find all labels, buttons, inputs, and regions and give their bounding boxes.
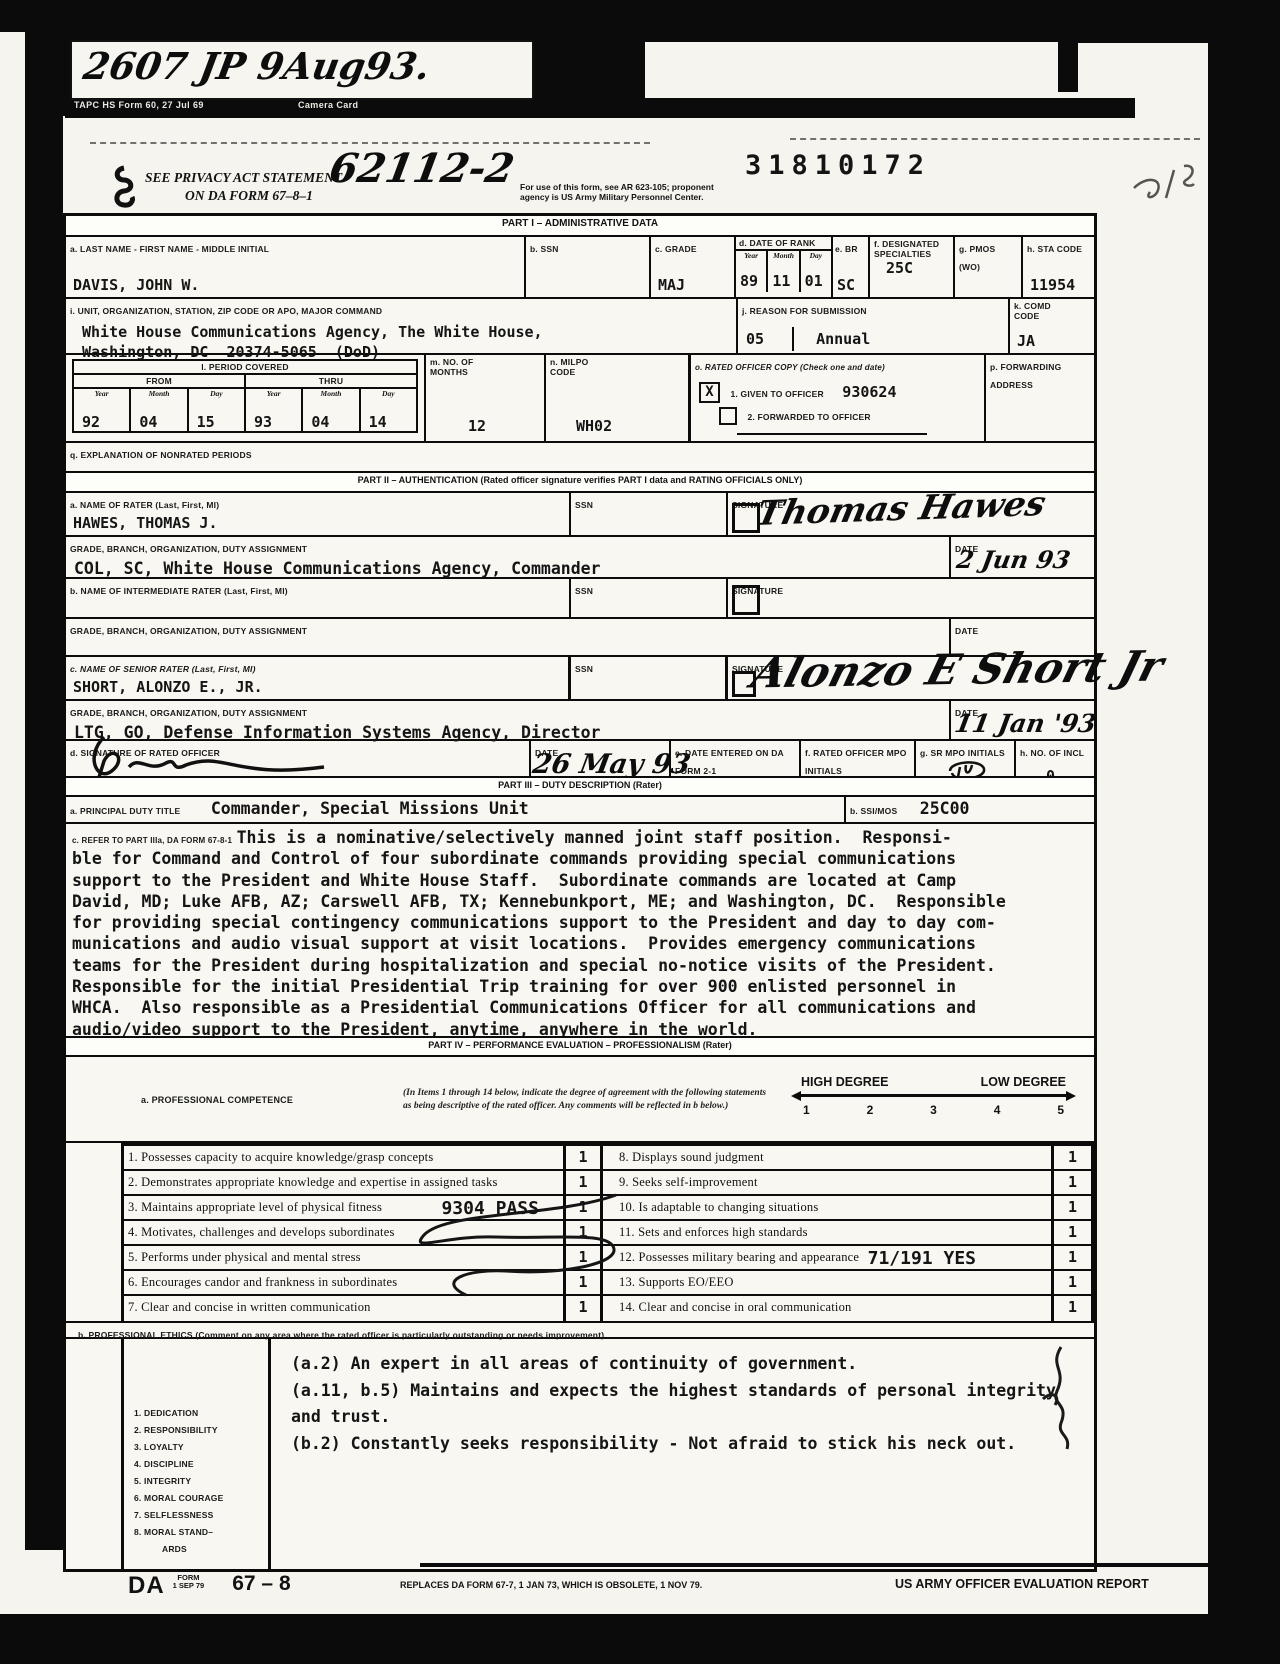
item-9-rating: 1 [1068, 1173, 1077, 1191]
senior-ssn-field: SSN [571, 657, 728, 699]
dor-year-value: 89 [740, 272, 758, 290]
rater-name-value: HAWES, THOMAS J. [73, 514, 218, 532]
last-name-label: a. LAST NAME - FIRST NAME - MIDDLE INITI… [70, 244, 269, 254]
part1-title: PART I – ADMINISTRATIVE DATA [66, 216, 1094, 237]
camera-card-footer-right: Camera Card [298, 100, 358, 110]
item-3-rating: 1 [578, 1198, 587, 1216]
item-row-12: 12. Possesses military bearing and appea… [603, 1246, 1091, 1271]
ssn-field: b. SSN [526, 237, 651, 297]
item-10-rating: 1 [1068, 1198, 1077, 1216]
intermediate-rater-row: b. NAME OF INTERMEDIATE RATER (Last, Fir… [66, 579, 1094, 619]
rater-name-field: a. NAME OF RATER (Last, First, MI) HAWES… [66, 493, 571, 535]
item-13-rating: 1 [1068, 1273, 1077, 1291]
ethics-list-item: 8. MORAL STAND– [134, 1524, 268, 1541]
senior-ssn-label: SSN [575, 664, 593, 674]
thru-year-label: Year [246, 389, 301, 398]
item-row-6: 6. Encourages candor and frankness in su… [124, 1271, 600, 1296]
item-13-label: 13. Supports EO/EEO [619, 1275, 734, 1289]
item-7-label: 7. Clear and concise in written communic… [128, 1300, 371, 1314]
rater-grade-label: GRADE, BRANCH, ORGANIZATION, DUTY ASSIGN… [70, 544, 307, 554]
form-id-block: DA FORM 1 SEP 79 67 – 8 [128, 1572, 291, 1600]
dor-day-value: 01 [805, 272, 823, 290]
items-1-7-table: 1. Possesses capacity to acquire knowled… [121, 1143, 603, 1323]
rater-grade-value: COL, SC, White House Communications Agen… [74, 559, 945, 578]
sta-code-field: h. STA CODE 11954 [1023, 237, 1094, 297]
competence-items-grid: 1. Possesses capacity to acquire knowled… [66, 1143, 1094, 1323]
period-covered-field: l. PERIOD COVERED FROM THRU Year 92 Mont… [66, 355, 426, 441]
items-left-margin [66, 1143, 121, 1323]
thru-day-label: Day [361, 389, 416, 398]
footer-rule [420, 1563, 1210, 1567]
thru-day-col: Day 14 [361, 389, 416, 433]
serial-stamp: 31810172 [745, 150, 931, 181]
ssi-mos-field: b. SSI/MOS 25C00 [846, 797, 1094, 822]
part1-row-unit: i. UNIT, ORGANIZATION, STATION, ZIP CODE… [66, 299, 1094, 355]
item-6-label: 6. Encourages candor and frankness in su… [128, 1275, 397, 1289]
proponent-line2: agency is US Army Military Personnel Cen… [520, 192, 740, 202]
degree-scale: HIGH DEGREE LOW DEGREE 1 2 3 4 5 [791, 1075, 1076, 1117]
thru-month-label: Month [303, 389, 358, 398]
camera-card-footer-left: TAPC HS Form 60, 27 Jul 69 [74, 100, 204, 110]
scan-edge-right [1208, 0, 1280, 1664]
ethics-header: b. PROFESSIONAL ETHICS (Comment on any a… [66, 1323, 1094, 1339]
rater-date-field: DATE 2 Jun 93 [951, 537, 1094, 577]
stamp-mark [110, 164, 140, 210]
item-8-label: 8. Displays sound judgment [619, 1150, 764, 1164]
scale-1: 1 [803, 1103, 810, 1117]
item-9-label: 9. Seeks self-improvement [619, 1175, 758, 1189]
degree-arrow [791, 1091, 1076, 1101]
item-2-label: 2. Demonstrates appropriate knowledge an… [128, 1175, 498, 1189]
dor-year-col: Year 89 [736, 251, 768, 292]
item-5-rating: 1 [578, 1248, 587, 1266]
camera-card-window: 2607 JP 9Aug93. [70, 40, 534, 100]
scanned-document-page: 2607 JP 9Aug93. TAPC HS Form 60, 27 Jul … [0, 0, 1280, 1664]
senior-grade-field: GRADE, BRANCH, ORGANIZATION, DUTY ASSIGN… [66, 701, 951, 739]
item-row-7: 7. Clear and concise in written communic… [124, 1296, 600, 1321]
thru-year-col: Year 93 [246, 389, 303, 433]
ethics-comment-line: (a.11, b.5) Maintains and expects the hi… [291, 1378, 1071, 1405]
given-to-officer-checkbox[interactable]: X [699, 382, 720, 403]
part2-section: PART II – AUTHENTICATION (Rated officer … [63, 471, 1097, 790]
part3-section: PART III – DUTY DESCRIPTION (Rater) a. P… [63, 776, 1097, 1043]
scan-artifact-line [90, 142, 650, 144]
scan-artifact-line [790, 138, 1200, 140]
item-4-label: 4. Motivates, challenges and develops su… [128, 1225, 395, 1239]
milpo-code-label: n. MILPO CODE [550, 357, 600, 377]
branch-value: SC [837, 276, 855, 294]
scale-4: 4 [994, 1103, 1001, 1117]
sta-code-value: 11954 [1030, 276, 1075, 294]
item-5-label: 5. Performs under physical and mental st… [128, 1250, 361, 1264]
ethics-list-item: ARDS [134, 1541, 268, 1558]
file-number-handwriting: 62112-2 [326, 145, 518, 192]
dor-month-label: Month [768, 251, 798, 260]
item-row-2: 2. Demonstrates appropriate knowledge an… [124, 1171, 600, 1196]
ssi-mos-value: 25C00 [920, 799, 970, 818]
low-degree-label: LOW DEGREE [981, 1075, 1066, 1089]
competence-instructions-line2: as being descriptive of the rated office… [403, 1100, 803, 1113]
rater-ssn-field: SSN [571, 493, 728, 535]
part1-row-period: l. PERIOD COVERED FROM THRU Year 92 Mont… [66, 355, 1094, 443]
reason-for-submission-field: j. REASON FOR SUBMISSION 05 Annual [738, 299, 1010, 353]
date-of-rank-field: d. DATE OF RANK Year 89 Month 11 Day 01 [736, 237, 833, 297]
rater-name-label: a. NAME OF RATER (Last, First, MI) [70, 500, 219, 510]
senior-grade-row: GRADE, BRANCH, ORGANIZATION, DUTY ASSIGN… [66, 701, 1094, 741]
reason-code: 05 [746, 330, 764, 348]
forwarding-address-field: p. FORWARDING ADDRESS [986, 355, 1094, 441]
no-of-incl-label: h. NO. OF INCL [1020, 748, 1084, 758]
item-row-11: 11. Sets and enforces high standards 1 [603, 1221, 1091, 1246]
privacy-statement-line2: ON DA FORM 67–8–1 [185, 188, 313, 204]
senior-date-value: 11 Jan '93 [952, 709, 1098, 738]
dor-month-col: Month 11 [768, 251, 800, 292]
camera-card-panel: 2607 JP 9Aug93. TAPC HS Form 60, 27 Jul … [28, 30, 628, 116]
form-date: 1 SEP 79 [173, 1582, 205, 1590]
ethics-list-item: 5. INTEGRITY [134, 1473, 268, 1490]
thru-month-value: 04 [311, 413, 329, 431]
proponent-line1: For use of this form, see AR 623-105; pr… [520, 182, 740, 192]
scale-3: 3 [930, 1103, 937, 1117]
from-year-col: Year 92 [74, 389, 131, 433]
item-3-label: 3. Maintains appropriate level of physic… [128, 1200, 382, 1214]
item-14-label: 14. Clear and concise in oral communicat… [619, 1300, 852, 1314]
grade-field: c. GRADE MAJ [651, 237, 736, 297]
item-4-rating: 1 [578, 1223, 587, 1241]
rated-officer-copy-field: o. RATED OFFICER COPY (Check one and dat… [691, 355, 986, 441]
dor-year-label: Year [736, 251, 766, 260]
ethics-list-item: 4. DISCIPLINE [134, 1456, 268, 1473]
rated-signature-label: d. SIGNATURE OF RATED OFFICER [70, 748, 220, 758]
designated-specialties-field: f. DESIGNATED SPECIALTIES 25C [870, 237, 955, 297]
comd-code-label: k. COMD CODE [1014, 301, 1062, 321]
sr-mpo-initials-label: g. SR MPO INITIALS [920, 748, 1005, 758]
replaces-note: REPLACES DA FORM 67-7, 1 JAN 73, WHICH I… [400, 1580, 702, 1590]
part4-section: PART IV – PERFORMANCE EVALUATION – PROFE… [63, 1036, 1097, 1572]
dor-day-col: Day 01 [801, 251, 831, 292]
duty-description-ref-label: c. REFER TO PART IIIa, DA FORM 67-8-1 [72, 836, 232, 845]
from-day-label: Day [189, 389, 244, 398]
item-11-rating: 1 [1068, 1223, 1077, 1241]
report-title: US ARMY OFFICER EVALUATION REPORT [895, 1577, 1149, 1591]
competence-instructions-line1: (In Items 1 through 14 below, indicate t… [403, 1087, 803, 1100]
no-of-months-label: m. NO. OF MONTHS [430, 357, 490, 377]
part1-row-identity: a. LAST NAME - FIRST NAME - MIDDLE INITI… [66, 237, 1094, 299]
intermediate-ssn-label: SSN [575, 586, 593, 596]
item-row-9: 9. Seeks self-improvement 1 [603, 1171, 1091, 1196]
part3-title: PART III – DUTY DESCRIPTION (Rater) [66, 776, 1094, 797]
ssn-label: b. SSN [530, 244, 559, 254]
senior-rater-value: SHORT, ALONZO E., JR. [73, 678, 263, 696]
senior-signature-field: SIGNATURE Alonzo E Short Jr [728, 657, 1094, 699]
item-1-label: 1. Possesses capacity to acquire knowled… [128, 1150, 433, 1164]
ethics-body: 1. DEDICATION 2. RESPONSIBILITY 3. LOYAL… [66, 1339, 1094, 1569]
item-8-rating: 1 [1068, 1148, 1077, 1166]
ethics-list-item: 2. RESPONSIBILITY [134, 1422, 268, 1439]
intermediate-signature-field: SIGNATURE [728, 579, 1094, 617]
dor-month-value: 11 [772, 272, 790, 290]
period-from-label: FROM [74, 375, 246, 387]
intermediate-rater-field: b. NAME OF INTERMEDIATE RATER (Last, Fir… [66, 579, 571, 617]
principal-duty-label: a. PRINCIPAL DUTY TITLE [70, 806, 180, 816]
senior-grade-value: LTG, GO, Defense Information Systems Age… [74, 723, 945, 742]
item-row-1: 1. Possesses capacity to acquire knowled… [124, 1146, 600, 1171]
intermediate-grade-label: GRADE, BRANCH, ORGANIZATION, DUTY ASSIGN… [70, 626, 307, 636]
camera-card-handwriting: 2607 JP 9Aug93. [80, 44, 433, 88]
copy-date-line [737, 433, 927, 435]
reason-divider [792, 327, 794, 351]
comd-code-field: k. COMD CODE JA [1010, 299, 1094, 353]
items-8-14-table: 8. Displays sound judgment 1 9. Seeks se… [603, 1143, 1094, 1323]
item-7-rating: 1 [578, 1298, 587, 1316]
milpo-code-field: n. MILPO CODE WH02 [546, 355, 691, 441]
no-of-months-field: m. NO. OF MONTHS 12 [426, 355, 546, 441]
reason-value: Annual [816, 330, 870, 348]
ethics-comments: (a.2) An expert in all areas of continui… [291, 1351, 1071, 1457]
principal-duty-value: Commander, Special Missions Unit [211, 799, 529, 818]
item-row-4: 4. Motivates, challenges and develops su… [124, 1221, 600, 1246]
grade-value: MAJ [658, 276, 685, 294]
from-month-value: 04 [139, 413, 157, 431]
corner-scribble [1128, 158, 1208, 208]
bullet-dot [616, 58, 628, 70]
given-to-officer-label: 1. GIVEN TO OFFICER [730, 389, 823, 399]
principal-duty-field: a. PRINCIPAL DUTY TITLE Commander, Speci… [66, 797, 846, 822]
senior-rater-field: c. NAME OF SENIOR RATER (Last, First, MI… [66, 657, 571, 699]
senior-grade-label: GRADE, BRANCH, ORGANIZATION, DUTY ASSIGN… [70, 708, 307, 718]
period-covered-label: l. PERIOD COVERED [74, 361, 416, 375]
form-number: 67 – 8 [232, 1572, 290, 1596]
item-row-5: 5. Performs under physical and mental st… [124, 1246, 600, 1271]
unit-label: i. UNIT, ORGANIZATION, STATION, ZIP CODE… [70, 306, 382, 316]
item-11-label: 11. Sets and enforces high standards [619, 1225, 808, 1239]
item-3-note: 9304 PASS [441, 1198, 539, 1219]
thru-month-col: Month 04 [303, 389, 360, 433]
from-year-label: Year [74, 389, 129, 398]
rater-grade-field: GRADE, BRANCH, ORGANIZATION, DUTY ASSIGN… [66, 537, 951, 577]
item-12-label: 12. Possesses military bearing and appea… [619, 1250, 859, 1264]
duty-title-row: a. PRINCIPAL DUTY TITLE Commander, Speci… [66, 797, 1094, 824]
da-logo: DA [128, 1572, 165, 1600]
forwarding-address-label: p. FORWARDING ADDRESS [990, 362, 1061, 390]
part1-section: PART I – ADMINISTRATIVE DATA a. LAST NAM… [63, 213, 1097, 482]
item-row-14: 14. Clear and concise in oral communicat… [603, 1296, 1091, 1321]
branch-field: e. BR SC [833, 237, 870, 297]
pmos-field: g. PMOS (WO) [955, 237, 1023, 297]
from-month-col: Month 04 [131, 389, 188, 433]
rater-signature-field: SIGNATURE Thomas Hawes [728, 493, 1094, 535]
item-12-note: 71/191 YES [868, 1248, 976, 1269]
date-of-rank-label: d. DATE OF RANK [736, 237, 831, 251]
intermediate-ssn-field: SSN [571, 579, 728, 617]
intermediate-signature-box [732, 585, 760, 615]
from-day-col: Day 15 [189, 389, 246, 433]
item-6-rating: 1 [578, 1273, 587, 1291]
designated-specialties-value: 25C [886, 259, 913, 277]
thru-year-value: 93 [254, 413, 272, 431]
forwarded-to-officer-checkbox[interactable] [719, 407, 737, 425]
designated-specialties-label: f. DESIGNATED SPECIALTIES [874, 239, 944, 259]
scan-edge-left [25, 30, 63, 1550]
ethics-list-item: 7. SELFLESSNESS [134, 1507, 268, 1524]
item-2-rating: 1 [578, 1173, 587, 1191]
sta-code-label: h. STA CODE [1027, 244, 1082, 254]
senior-signature-handwriting: Alonzo E Short Jr [746, 641, 1168, 697]
item-row-3: 3. Maintains appropriate level of physic… [124, 1196, 600, 1221]
part4-title: PART IV – PERFORMANCE EVALUATION – PROFE… [66, 1036, 1094, 1057]
item-row-13: 13. Supports EO/EEO 1 [603, 1271, 1091, 1296]
milpo-code-value: WH02 [576, 417, 612, 435]
grade-label: c. GRADE [655, 244, 697, 254]
rater-date-value: 2 Jun 93 [954, 545, 1072, 574]
scan-black-block [545, 8, 645, 104]
item-12-rating: 1 [1068, 1248, 1077, 1266]
senior-rater-label: c. NAME OF SENIOR RATER (Last, First, MI… [70, 664, 256, 674]
ethics-list-item: 6. MORAL COURAGE [134, 1490, 268, 1507]
ethics-list-item: 1. DEDICATION [134, 1405, 268, 1422]
duty-description-text: This is a nominative/selectively manned … [72, 828, 1006, 1039]
ethics-comment-line: (a.2) An expert in all areas of continui… [291, 1351, 1071, 1378]
rater-ssn-label: SSN [575, 500, 593, 510]
rater-grade-row: GRADE, BRANCH, ORGANIZATION, DUTY ASSIGN… [66, 537, 1094, 579]
last-name-value: DAVIS, JOHN W. [73, 276, 199, 294]
rater-name-row: a. NAME OF RATER (Last, First, MI) HAWES… [66, 493, 1094, 537]
no-of-months-value: 12 [468, 417, 486, 435]
dor-day-label: Day [801, 251, 831, 260]
item-14-rating: 1 [1068, 1298, 1077, 1316]
given-to-officer-date: 930624 [842, 383, 896, 401]
scan-top-right-hook [1058, 30, 1078, 92]
from-year-value: 92 [82, 413, 100, 431]
unit-field: i. UNIT, ORGANIZATION, STATION, ZIP CODE… [66, 299, 738, 353]
rated-officer-copy-label: o. RATED OFFICER COPY (Check one and dat… [695, 363, 885, 372]
comd-code-value: JA [1017, 332, 1035, 350]
privacy-statement-line1: SEE PRIVACY ACT STATEMENT [145, 170, 342, 186]
high-degree-label: HIGH DEGREE [801, 1075, 889, 1089]
last-name-field: a. LAST NAME - FIRST NAME - MIDDLE INITI… [66, 237, 526, 297]
from-day-value: 15 [197, 413, 215, 431]
ssi-mos-label: b. SSI/MOS [850, 806, 897, 816]
competence-header: a. PROFESSIONAL COMPETENCE (In Items 1 t… [66, 1057, 1094, 1143]
item-row-10: 10. Is adaptable to changing situations … [603, 1196, 1091, 1221]
period-thru-label: THRU [246, 375, 416, 387]
ethics-comment-line: (b.2) Constantly seeks responsibility - … [291, 1431, 1071, 1458]
item-1-rating: 1 [578, 1148, 587, 1166]
professional-competence-label: a. PROFESSIONAL COMPETENCE [141, 1095, 293, 1105]
intermediate-rater-label: b. NAME OF INTERMEDIATE RATER (Last, Fir… [70, 586, 288, 596]
intermediate-date-label: DATE [955, 626, 978, 636]
ethics-list-box: 1. DEDICATION 2. RESPONSIBILITY 3. LOYAL… [121, 1339, 271, 1569]
senior-rater-row: c. NAME OF SENIOR RATER (Last, First, MI… [66, 657, 1094, 701]
item-10-label: 10. Is adaptable to changing situations [619, 1200, 818, 1214]
item-row-8: 8. Displays sound judgment 1 [603, 1146, 1091, 1171]
date-entered-label: e. DATE ENTERED ON DA FORM 2-1 [675, 748, 784, 776]
mpo-initials-label: f. RATED OFFICER MPO INITIALS [805, 748, 907, 776]
forwarded-to-officer-label: 2. FORWARDED TO OFFICER [747, 412, 870, 422]
nonrated-periods-label: q. EXPLANATION OF NONRATED PERIODS [70, 450, 252, 460]
pmos-label: g. PMOS (WO) [959, 244, 995, 272]
scan-top-right-bar [1058, 30, 1208, 43]
scan-edge-bottom [0, 1614, 1280, 1664]
branch-label: e. BR [835, 244, 858, 254]
ethics-comment-line: and trust. [291, 1404, 1071, 1431]
thru-day-value: 14 [369, 413, 387, 431]
senior-date-field: DATE 11 Jan '93 [951, 701, 1094, 739]
from-month-label: Month [131, 389, 186, 398]
reason-label: j. REASON FOR SUBMISSION [742, 306, 867, 316]
duty-description-field: c. REFER TO PART IIIa, DA FORM 67-8-1 Th… [66, 824, 1094, 1040]
ethics-list-item: 3. LOYALTY [134, 1439, 268, 1456]
scale-2: 2 [867, 1103, 874, 1117]
scale-5: 5 [1057, 1103, 1064, 1117]
